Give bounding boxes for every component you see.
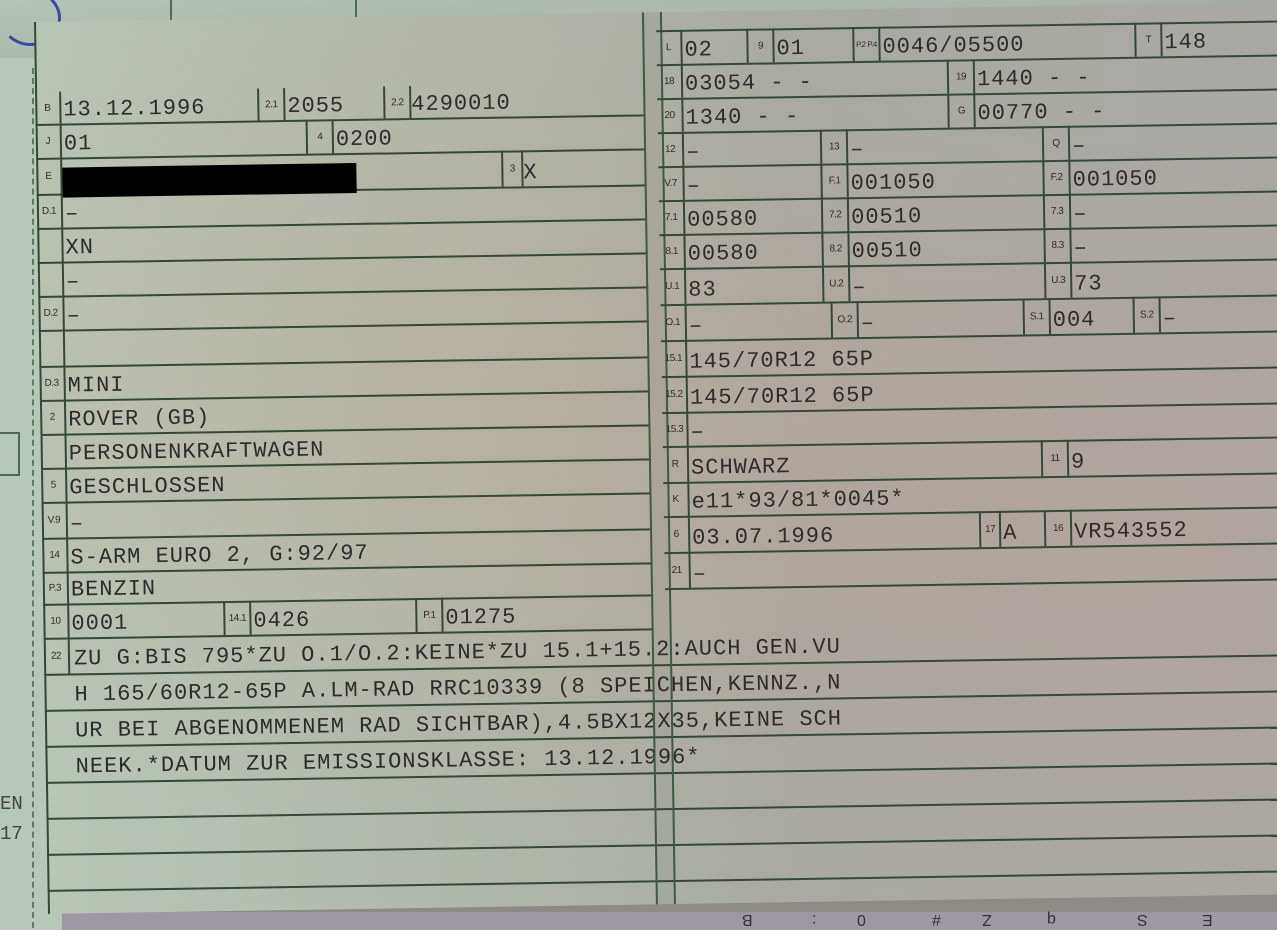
field-code: F.1 — [822, 163, 849, 197]
field-15-2-value: 145/70R12 65P — [690, 383, 875, 411]
field-code: 8.2 — [823, 231, 850, 265]
bottom-fragment: # — [932, 910, 941, 928]
field-code: 13 — [822, 129, 849, 163]
field-code: L — [656, 30, 683, 64]
field-2-1-value: 2055 — [287, 93, 344, 119]
field-12-value: – — [686, 140, 701, 165]
field-o2-value: – — [861, 311, 876, 336]
field-code: 7.2 — [823, 197, 850, 231]
field-t-value: 148 — [1164, 30, 1207, 56]
bottom-fragment: Z — [982, 910, 992, 928]
field-code: 8.1 — [659, 234, 686, 268]
field-code — [37, 228, 64, 262]
field-v7-value: – — [686, 174, 701, 199]
field-8-2-value: 00510 — [852, 238, 923, 264]
bottom-fragment: B — [742, 910, 753, 928]
field-13-value: – — [850, 137, 865, 162]
field-code: 14.1 — [225, 601, 252, 635]
field-code: D.2 — [38, 296, 65, 330]
field-j-value: 01 — [64, 131, 93, 156]
top-margin — [34, 12, 645, 72]
bottom-fragment: S — [1137, 910, 1148, 928]
field-code: 15.2 — [662, 376, 689, 412]
field-code — [40, 434, 67, 468]
field-code: 4 — [308, 119, 335, 153]
bottom-fragment: 0 — [857, 910, 866, 928]
field-code: 10 — [43, 604, 70, 638]
field-code: D.1 — [37, 194, 64, 228]
bottom-fragment: : — [812, 910, 816, 928]
bottom-fragment: E — [1202, 910, 1213, 928]
field-code: 19 — [949, 59, 976, 93]
field-15-3-value: – — [690, 420, 705, 445]
field-code: O.2 — [832, 301, 859, 337]
field-b-value: 13.12.1996 — [63, 95, 205, 122]
field-3-value: X — [523, 160, 538, 185]
field-p1-value: 01275 — [445, 604, 516, 630]
field-14-1-value: 0426 — [253, 608, 310, 634]
field-code: 6 — [664, 516, 691, 552]
remarks-code: 22 — [44, 638, 71, 674]
field-11-value: 9 — [1071, 450, 1086, 475]
field-k-value: e11*93/81*0045* — [691, 486, 904, 514]
field-p2-p4-value: 0046/05500 — [882, 32, 1024, 59]
perforation — [32, 68, 34, 928]
field-code — [38, 262, 65, 296]
field-code: 2 — [40, 400, 67, 434]
field-7-2-value: 00510 — [851, 204, 922, 230]
field-code: 3 — [503, 150, 524, 186]
field-10-value: 0001 — [71, 611, 128, 637]
field-v9-value: – — [70, 511, 85, 536]
field-7-1-value: 00580 — [687, 207, 758, 233]
field-9-value: 01 — [776, 36, 805, 61]
field-code: 9 — [748, 28, 775, 62]
field-l-value: 02 — [684, 37, 713, 62]
field-code: B — [35, 92, 61, 124]
field-code: 20 — [657, 98, 684, 132]
field-code: E — [36, 158, 63, 194]
field-5-cont-value: GESCHLOSSEN — [69, 473, 226, 500]
field-code: V.9 — [42, 502, 69, 538]
form-box — [0, 432, 20, 476]
field-code: D.3 — [39, 366, 66, 400]
field-d2-value: – — [66, 269, 81, 294]
field-f2-value: 001050 — [1072, 166, 1158, 192]
field-code: S.1 — [1024, 298, 1051, 334]
field-code: 18 — [657, 64, 684, 98]
field-p3-value: BENZIN — [71, 576, 157, 602]
bottom-fragment: q — [1047, 910, 1056, 928]
field-u3-value: 73 — [1074, 271, 1103, 296]
field-code: 17 — [981, 511, 1002, 547]
field-code: U.3 — [1046, 262, 1073, 298]
field-code: 5 — [41, 468, 68, 502]
field-q-value: – — [1072, 133, 1087, 158]
field-6-value: 03.07.1996 — [692, 523, 834, 550]
field-code: G — [949, 93, 976, 127]
field-code: 8.3 — [1045, 228, 1072, 262]
field-18-value: 03054 - - — [685, 70, 813, 97]
field-u2-value: – — [852, 275, 867, 300]
field-8-1-value: 00580 — [688, 241, 759, 267]
field-code: 11 — [1043, 440, 1070, 476]
field-21-value: – — [693, 561, 708, 586]
field-code: 12 — [658, 132, 685, 166]
field-s2-value: – — [1163, 306, 1178, 331]
field-g-value: 00770 - - — [977, 99, 1105, 126]
field-d2-2-value: – — [66, 303, 81, 328]
field-code: T — [1136, 22, 1163, 56]
field-r-value: SCHWARZ — [691, 454, 791, 481]
field-code: Q — [1044, 126, 1071, 160]
field-s1-value: 004 — [1053, 307, 1096, 333]
field-code: U.1 — [660, 268, 687, 304]
field-code: 21 — [664, 552, 691, 588]
field-7-3-value: – — [1073, 201, 1088, 226]
field-15-1-value: 145/70R12 65P — [689, 347, 874, 375]
margin-fragment: EN — [0, 793, 23, 815]
field-code: S.2 — [1134, 296, 1161, 332]
underlying-page-bottom: B : 0 # Z q S E — [62, 912, 1277, 930]
field-code: 7.3 — [1045, 194, 1072, 228]
field-code: R — [663, 446, 690, 482]
field-code: P.3 — [43, 572, 69, 604]
field-code: O.1 — [661, 304, 688, 340]
margin-fragment: 17 — [0, 823, 23, 845]
field-code: 7.1 — [659, 200, 686, 234]
registration-document: B 13.12.1996 2.1 2055 2.2 4290010 J 01 4… — [34, 2, 1277, 913]
field-code — [39, 330, 66, 366]
field-code: U.2 — [824, 265, 851, 301]
field-14-value: S-ARM EURO 2, G:92/97 — [70, 541, 369, 571]
field-code: P.1 — [417, 598, 444, 632]
field-19-value: 1440 - - — [977, 65, 1091, 92]
field-code: P.2 P.4 — [854, 27, 881, 61]
left-page: B 13.12.1996 2.1 2055 2.2 4290010 J 01 4… — [34, 12, 658, 913]
field-20-value: 1340 - - — [685, 104, 799, 131]
field-code: 2.1 — [259, 88, 285, 120]
field-code: 16 — [1046, 510, 1073, 546]
field-16-value: VR543552 — [1074, 518, 1188, 545]
field-code: 2.2 — [385, 86, 411, 118]
field-code: 15.1 — [661, 340, 688, 376]
field-code: V.7 — [658, 166, 685, 200]
field-d3-value: MINI — [68, 373, 125, 399]
field-5-value: PERSONENKRAFTWAGEN — [69, 437, 325, 466]
field-4-value: 0200 — [336, 126, 393, 152]
field-17-value: A — [1003, 521, 1018, 546]
field-f1-value: 001050 — [850, 170, 936, 196]
field-d1-cont-value: XN — [65, 235, 94, 260]
field-u1-value: 83 — [688, 277, 717, 302]
field-2-value: ROVER (GB) — [68, 405, 210, 432]
field-code: 15.3 — [662, 412, 689, 446]
field-o1-value: – — [689, 314, 704, 339]
field-code: F.2 — [1044, 160, 1071, 194]
field-code: 14 — [42, 538, 69, 572]
field-code: J — [36, 124, 63, 158]
field-d1-value: – — [65, 201, 80, 226]
field-code: K — [663, 482, 690, 516]
field-2-2-value: 4290010 — [411, 91, 511, 118]
right-page: L 02 9 01 P.2 P.4 0046/05500 T 148 18 03… — [656, 2, 1277, 904]
field-8-3-value: – — [1073, 235, 1088, 260]
